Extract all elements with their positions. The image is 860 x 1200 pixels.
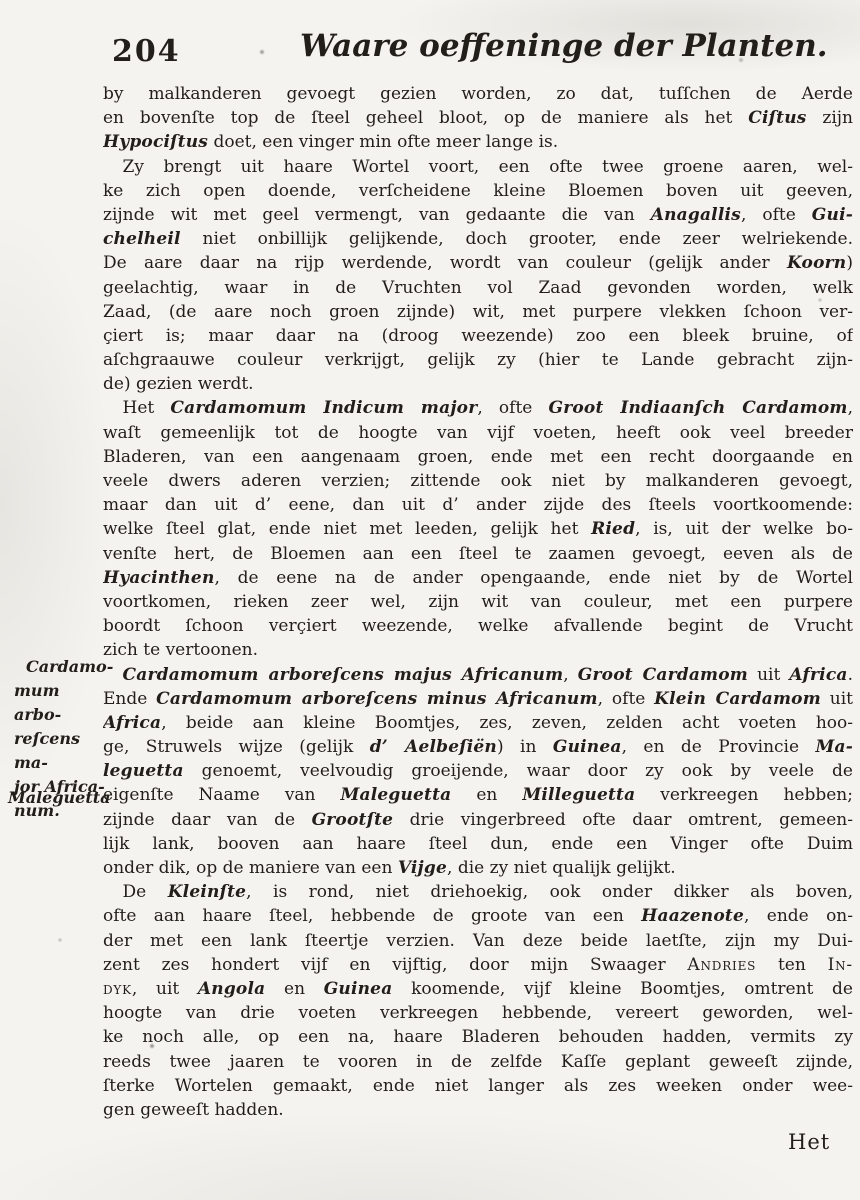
text-run: reeds twee jaaren te vooren in de zelfde… (103, 1052, 853, 1072)
text-run: Koorn (787, 253, 846, 273)
text-run: Africa (103, 713, 161, 733)
text-line: ge, Struwels wijze (gelijk d’ Aelbeſiën)… (103, 735, 853, 759)
text-run: Cardamomum arboreſcens majus Africanum (123, 665, 564, 685)
text-run: leguetta (103, 761, 184, 781)
text-run: zijn (807, 108, 853, 128)
text-run: , ofte (741, 205, 812, 225)
text-run: gen geweeſt hadden. (103, 1100, 284, 1120)
text-run: Bladeren, van een aangenaam groen, ende … (103, 447, 853, 467)
text-run: uit (748, 665, 789, 685)
text-run: Ma- (816, 737, 854, 757)
text-run: en (265, 979, 323, 999)
text-run: zijnde daar van de (103, 810, 312, 830)
text-line: Hypociſtus doet, een vinger min ofte mee… (103, 130, 853, 154)
text-line: by malkanderen gevoegt gezien worden, zo… (103, 82, 853, 106)
text-line: dyk, uit Angola en Guinea koomende, vijf… (103, 977, 853, 1001)
text-line: Hyacinthen, de eene na de ander opengaan… (103, 566, 853, 590)
text-run: , is, uit der welke bo- (635, 519, 853, 539)
text-line: voortkomen, rieken zeer wel, zijn wit va… (103, 590, 853, 614)
text-run: Ciſtus (748, 108, 806, 128)
text-run: Het (123, 398, 171, 418)
text-line: zent zes hondert vijf en vijftig, door m… (103, 953, 853, 977)
text-run: welke ſteel glat, ende niet met leeden, … (103, 519, 591, 539)
text-run: hoogte van drie voeten verkreegen hebben… (103, 1003, 853, 1023)
text-run: ſterke Wortelen gemaakt, ende niet lange… (103, 1076, 853, 1096)
text-line: aſchgraauwe couleur verkrijgt, gelijk zy… (103, 348, 853, 372)
margin-note-line: Cardamo- (14, 655, 106, 679)
text-run: Hypociſtus (103, 132, 208, 152)
text-line: De Kleinſte, is rond, niet driehoekig, o… (103, 880, 853, 904)
text-run: lijk lank, booven aan haare ſteel dun, e… (103, 834, 853, 854)
text-run: Vijge (398, 858, 447, 878)
text-run: de) gezien werdt. (103, 374, 254, 394)
text-run: Groot Indiaanſch Cardamom (549, 398, 848, 418)
text-run: drie vingerbreed ofte daar omtrent, geme… (393, 810, 853, 830)
text-run: ke noch alle, op een na, haare Bladeren … (103, 1027, 853, 1047)
margin-note-line: Maleguetta (8, 786, 108, 810)
text-run: ofte aan haare ſteel, hebbende de groote… (103, 906, 641, 926)
text-line: veele dwers aderen verzien; zittende ook… (103, 469, 853, 493)
text-run: by malkanderen gevoegt gezien worden, zo… (103, 84, 853, 104)
text-line: De aare daar na rijp werdende, wordt van… (103, 251, 853, 275)
text-run: Maleguetta (340, 785, 451, 805)
text-run: çiert is; maar daar na (droog weezende) … (103, 326, 853, 346)
text-line: çiert is; maar daar na (droog weezende) … (103, 324, 853, 348)
paragraph: Het Cardamomum Indicum major, ofte Groot… (103, 396, 853, 662)
text-run: zijnde wit met geel vermengt, van gedaan… (103, 205, 651, 225)
text-run: ge, Struwels wijze (gelijk (103, 737, 370, 757)
text-line: zijnde daar van de Grootſte drie vingerb… (103, 808, 853, 832)
text-line: eigenſte Naame van Maleguetta en Millegu… (103, 783, 853, 807)
text-run: ) (846, 253, 853, 273)
text-run: niet onbillijk gelijkende, doch grooter,… (181, 229, 853, 249)
text-run: venſte hert, de Bloemen aan een ſteel te… (103, 544, 853, 564)
text-run: voortkomen, rieken zeer wel, zijn wit va… (103, 592, 853, 612)
text-run: Anagallis (651, 205, 741, 225)
text-run: aſchgraauwe couleur verkrijgt, gelijk zy… (103, 350, 853, 370)
text-run: Cardamomum Indicum major (170, 398, 477, 418)
text-run: Zy brengt uit haare Wortel voort, een of… (123, 157, 853, 177)
book-page-scan: 204 Waare oeffeninge der Planten. Cardam… (0, 0, 860, 1200)
margin-note-line: jor Africa- (14, 775, 106, 799)
catchword: Het (788, 1130, 830, 1154)
text-line: Cardamomum arboreſcens majus Africanum, … (103, 663, 853, 687)
text-run: Groot Cardamom (578, 665, 748, 685)
text-run: eigenſte Naame van (103, 785, 340, 805)
text-run: Haazenote (641, 906, 744, 926)
text-run: geelachtig, waar in de Vruchten vol Zaad… (103, 278, 853, 298)
text-line: chelheil niet onbillijk gelijkende, doch… (103, 227, 853, 251)
text-run: , ofte (477, 398, 548, 418)
text-line: hoogte van drie voeten verkreegen hebben… (103, 1001, 853, 1025)
text-line: Bladeren, van een aangenaam groen, ende … (103, 445, 853, 469)
text-run: zich te vertoonen. (103, 640, 258, 660)
text-line: en bovenſte top de ſteel geheel bloot, o… (103, 106, 853, 130)
text-line: Africa, beide aan kleine Boomtjes, zes, … (103, 711, 853, 735)
text-run: Milleguetta (522, 785, 635, 805)
text-run: chelheil (103, 229, 181, 249)
text-run: , ende on- (744, 906, 853, 926)
text-line: geelachtig, waar in de Vruchten vol Zaad… (103, 276, 853, 300)
text-run: , ofte (598, 689, 655, 709)
text-line: de) gezien werdt. (103, 372, 853, 396)
text-run: . (848, 665, 853, 685)
text-line: zijnde wit met geel vermengt, van gedaan… (103, 203, 853, 227)
text-run: , die zy niet qualijk gelijkt. (447, 858, 676, 878)
text-run: dyk (103, 979, 132, 999)
text-line: Het Cardamomum Indicum major, ofte Groot… (103, 396, 853, 420)
text-line: onder dik, op de maniere van een Vijge, … (103, 856, 853, 880)
text-run: d’ Aelbeſiën (370, 737, 497, 757)
text-run: en (451, 785, 522, 805)
text-run: Hyacinthen (103, 568, 215, 588)
text-run: maar dan uit d’ eene, dan uit d’ ander z… (103, 495, 853, 515)
text-run: , beide aan kleine Boomtjes, zes, zeven,… (161, 713, 853, 733)
text-run: uit (821, 689, 853, 709)
paragraph: Zy brengt uit haare Wortel voort, een of… (103, 155, 853, 397)
text-line: waſt gemeenlijk tot de hoogte van vijf v… (103, 421, 853, 445)
text-line: Ende Cardamomum arboreſcens minus Africa… (103, 687, 853, 711)
text-run: Grootſte (312, 810, 394, 830)
page-number: 204 (112, 34, 181, 69)
text-run: doet, een vinger min ofte meer lange is. (208, 132, 558, 152)
text-run: Klein Cardamom (654, 689, 821, 709)
text-line: gen geweeſt hadden. (103, 1098, 853, 1122)
text-line: Zaad, (de aare noch groen zijnde) wit, m… (103, 300, 853, 324)
text-run: Kleinſte (168, 882, 246, 902)
text-run: verkreegen hebben; (635, 785, 853, 805)
text-run: Zaad, (de aare noch groen zijnde) wit, m… (103, 302, 853, 322)
text-line: welke ſteel glat, ende niet met leeden, … (103, 517, 853, 541)
text-run: waſt gemeenlijk tot de hoogte van vijf v… (103, 423, 853, 443)
text-line: der met een lank ſteertje verzien. Van d… (103, 929, 853, 953)
text-run: ten (756, 955, 827, 975)
text-run: ke zich open doende, verſcheidene kleine… (103, 181, 853, 201)
text-run: In- (828, 955, 853, 975)
text-run: Angola (198, 979, 265, 999)
text-line: boordt ſchoon verçiert weezende, welke a… (103, 614, 853, 638)
text-run: Africa (789, 665, 847, 685)
margin-note-line: mum arbo- (14, 679, 106, 727)
text-run: Gui- (812, 205, 853, 225)
text-line: Zy brengt uit haare Wortel voort, een of… (103, 155, 853, 179)
text-line: venſte hert, de Bloemen aan een ſteel te… (103, 542, 853, 566)
text-run: Andries (687, 955, 756, 975)
text-line: leguetta genoemt, veelvoudig groeijende,… (103, 759, 853, 783)
text-run: koomende, vijf kleine Boomtjes, omtrent … (392, 979, 853, 999)
margin-note: Cardamo-mum arbo-reſcens ma-jor Africa-n… (14, 655, 106, 823)
text-line: zich te vertoonen. (103, 638, 853, 662)
text-run: Guinea (324, 979, 393, 999)
text-run: onder dik, op de maniere van een (103, 858, 398, 878)
text-run: veele dwers aderen verzien; zittende ook… (103, 471, 853, 491)
text-run: De aare daar na rijp werdende, wordt van… (103, 253, 787, 273)
text-line: ke noch alle, op een na, haare Bladeren … (103, 1025, 853, 1049)
margin-note: Maleguetta (8, 786, 108, 810)
text-run: De (123, 882, 168, 902)
text-run: zent zes hondert vijf en vijftig, door m… (103, 955, 687, 975)
text-run: , en de Provincie (622, 737, 816, 757)
text-run: boordt ſchoon verçiert weezende, welke a… (103, 616, 853, 636)
text-run: , uit (132, 979, 198, 999)
text-run: , is rond, niet driehoekig, ook onder di… (246, 882, 853, 902)
text-line: ſterke Wortelen gemaakt, ende niet lange… (103, 1074, 853, 1098)
text-line: lijk lank, booven aan haare ſteel dun, e… (103, 832, 853, 856)
text-run: Ried (591, 519, 635, 539)
text-run: Ende (103, 689, 156, 709)
text-line: ofte aan haare ſteel, hebbende de groote… (103, 904, 853, 928)
text-run: genoemt, veelvoudig groeijende, waar doo… (184, 761, 853, 781)
body-text: by malkanderen gevoegt gezien worden, zo… (103, 82, 853, 1122)
text-run: , de eene na de ander opengaande, ende n… (215, 568, 853, 588)
text-line: ke zich open doende, verſcheidene kleine… (103, 179, 853, 203)
text-run: , (848, 398, 853, 418)
paragraph: by malkanderen gevoegt gezien worden, zo… (103, 82, 853, 155)
running-title: Waare oeffeninge der Planten. (300, 28, 780, 64)
text-run: ) in (497, 737, 553, 757)
text-line: maar dan uit d’ eene, dan uit d’ ander z… (103, 493, 853, 517)
text-run: der met een lank ſteertje verzien. Van d… (103, 931, 853, 951)
text-run: Cardamomum arboreſcens minus Africanum (156, 689, 598, 709)
text-run: , (563, 665, 578, 685)
margin-note-line: num. (14, 799, 106, 823)
paragraph: Cardamomum arboreſcens majus Africanum, … (103, 663, 853, 881)
margin-note-line: reſcens ma- (14, 727, 106, 775)
text-run: Guinea (553, 737, 622, 757)
text-line: reeds twee jaaren te vooren in de zelfde… (103, 1050, 853, 1074)
paragraph: De Kleinſte, is rond, niet driehoekig, o… (103, 880, 853, 1122)
text-run: en bovenſte top de ſteel geheel bloot, o… (103, 108, 748, 128)
